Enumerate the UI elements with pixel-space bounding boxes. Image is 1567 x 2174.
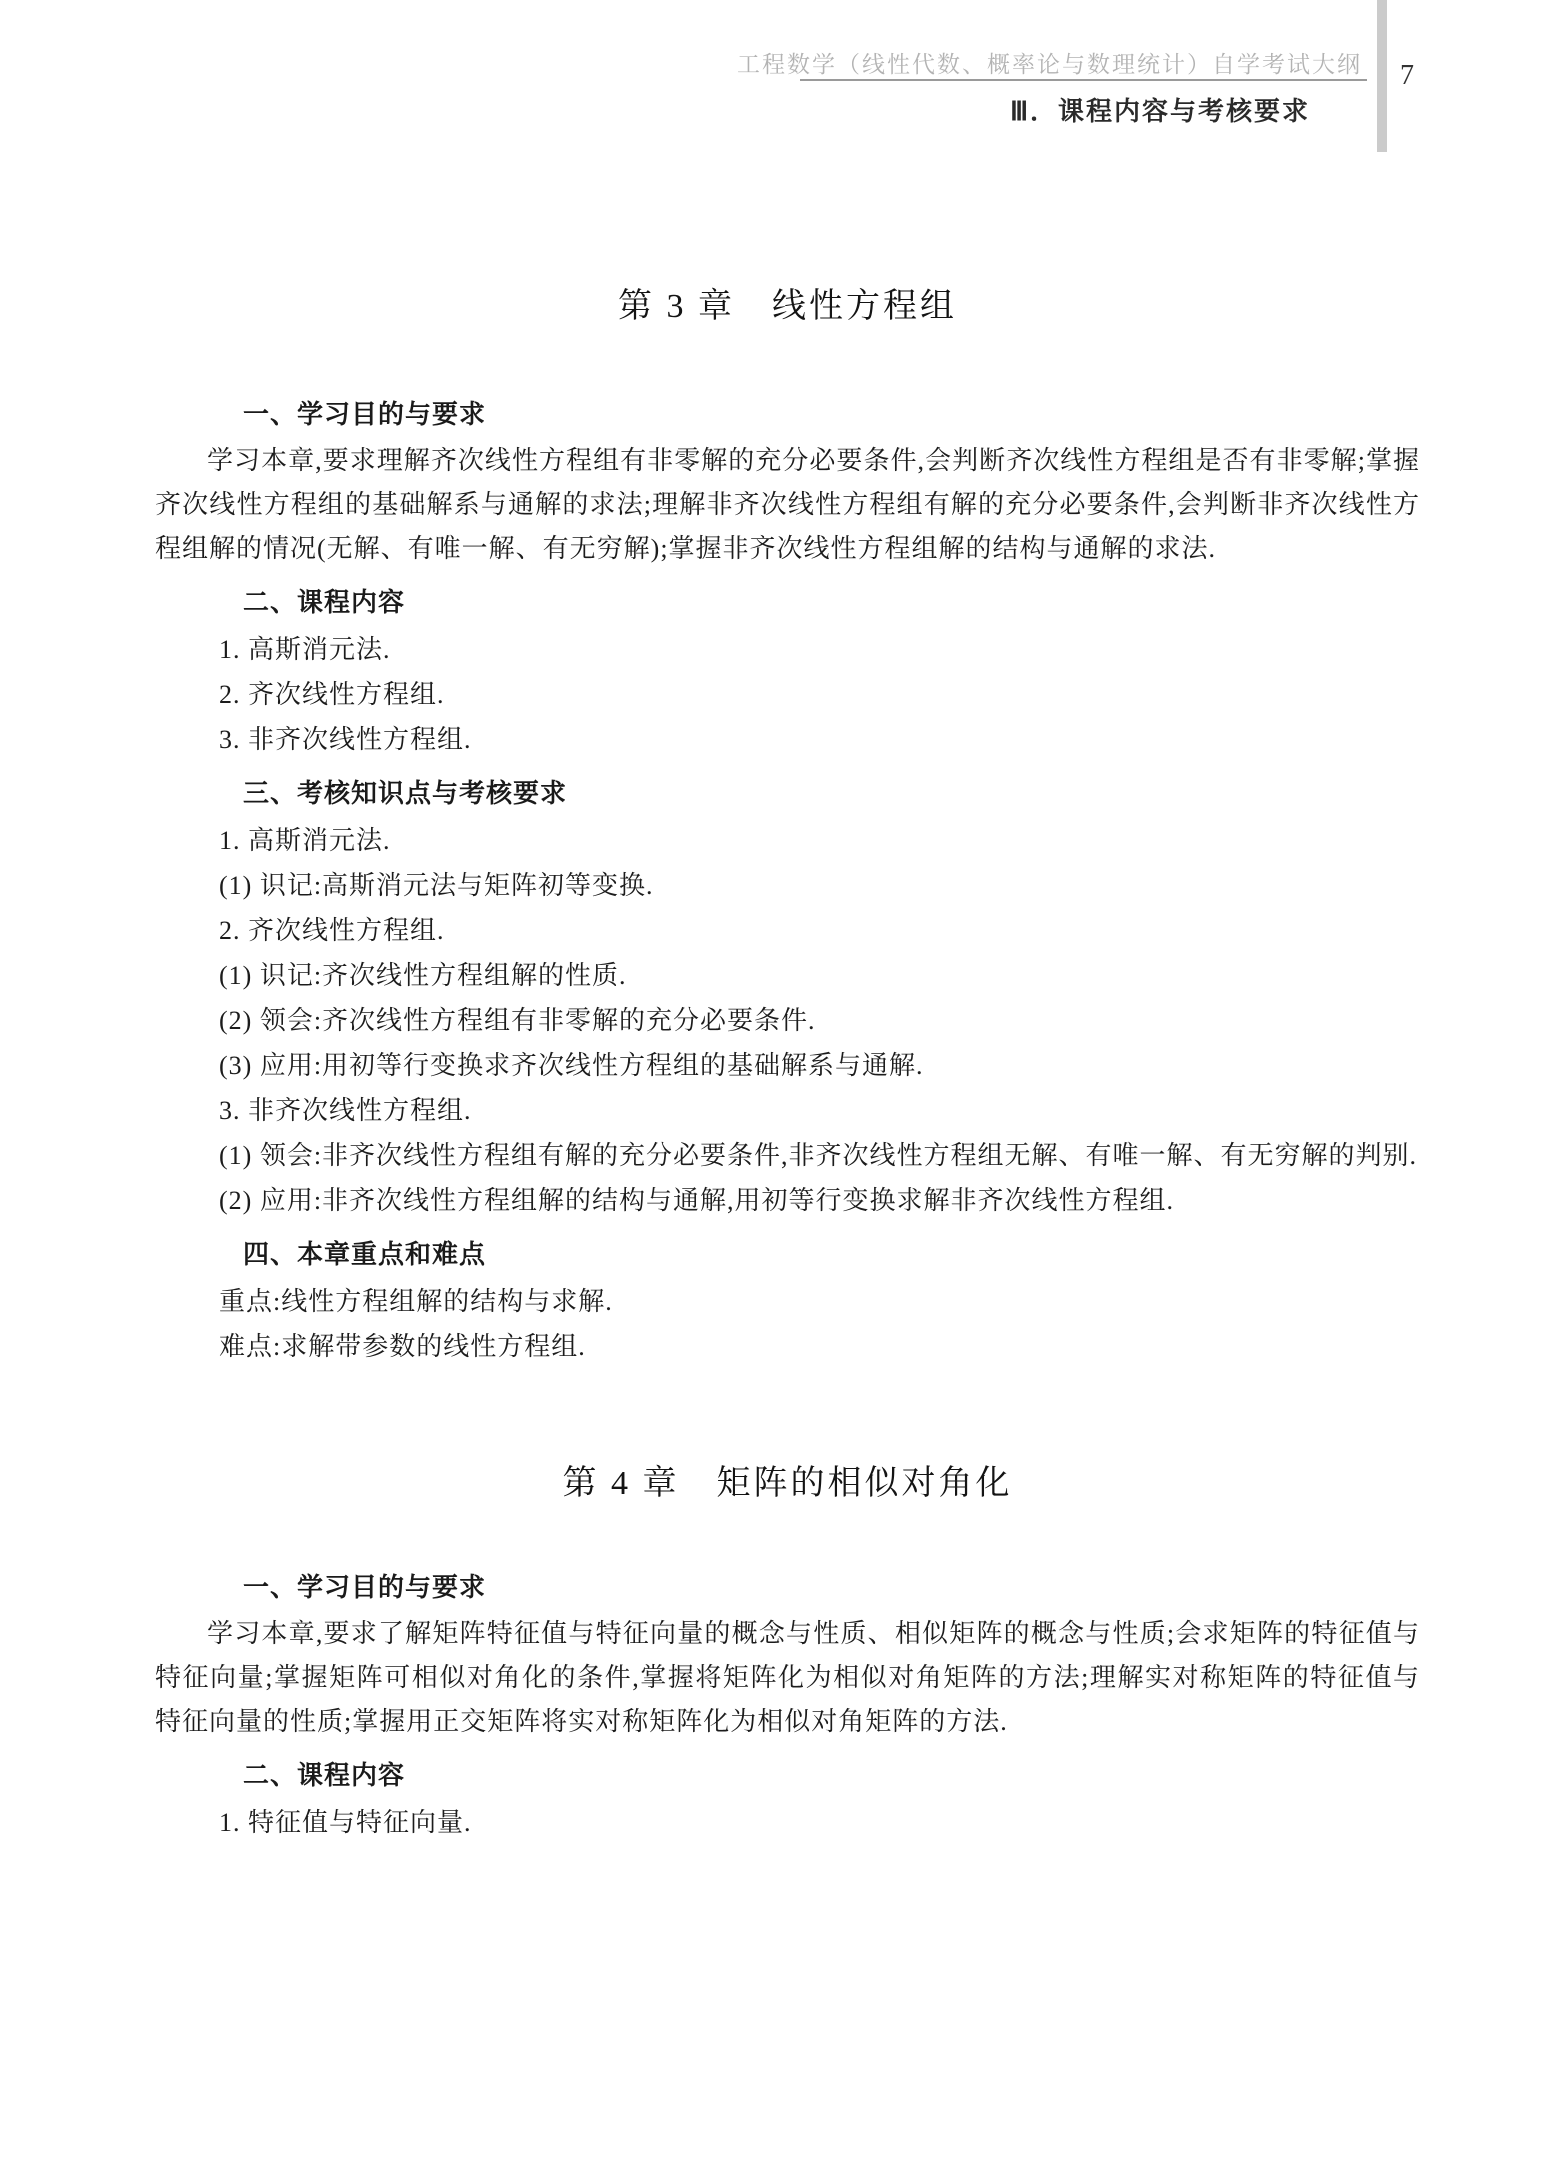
assessment-item: (2) 应用:非齐次线性方程组解的结构与通解,用初等行变换求解非齐次线性方程组.	[155, 1178, 1420, 1223]
chapter-4-objectives-paragraph: 学习本章,要求了解矩阵特征值与特征向量的概念与性质、相似矩阵的概念与性质;会求矩…	[155, 1612, 1420, 1744]
assessment-item: (1) 领会:非齐次线性方程组有解的充分必要条件,非齐次线性方程组无解、有唯一解…	[155, 1133, 1420, 1178]
header-rule	[800, 79, 1367, 81]
page-body: 第 3 章 线性方程组 一、学习目的与要求 学习本章,要求理解齐次线性方程组有非…	[155, 252, 1420, 1845]
content-item: 3. 非齐次线性方程组.	[155, 717, 1420, 762]
page-number: 7	[1400, 60, 1414, 92]
chapter-4-title: 第 4 章 矩阵的相似对角化	[155, 1455, 1420, 1504]
assessment-item: 1. 高斯消元法.	[155, 818, 1420, 863]
chapter-4-content-heading: 二、课程内容	[155, 1760, 1420, 1790]
chapter-3-objectives-heading: 一、学习目的与要求	[155, 399, 1420, 429]
chapter-3-title: 第 3 章 线性方程组	[155, 278, 1420, 327]
assessment-item: (3) 应用:用初等行变换求齐次线性方程组的基础解系与通解.	[155, 1043, 1420, 1088]
header-section-title: Ⅲ．课程内容与考核要求	[1010, 91, 1310, 128]
keypoint-item: 重点:线性方程组解的结构与求解.	[155, 1279, 1420, 1324]
keypoint-item: 难点:求解带参数的线性方程组.	[155, 1324, 1420, 1369]
chapter-3-objectives-paragraph: 学习本章,要求理解齐次线性方程组有非零解的充分必要条件,会判断齐次线性方程组是否…	[155, 439, 1420, 571]
assessment-item: 2. 齐次线性方程组.	[155, 908, 1420, 953]
book-title: 工程数学（线性代数、概率论与数理统计）自学考试大纲	[737, 46, 1362, 79]
content-item: 1. 高斯消元法.	[155, 627, 1420, 672]
assessment-item: (1) 识记:齐次线性方程组解的性质.	[155, 953, 1420, 998]
assessment-item: (2) 领会:齐次线性方程组有非零解的充分必要条件.	[155, 998, 1420, 1043]
page-header: 工程数学（线性代数、概率论与数理统计）自学考试大纲 Ⅲ．课程内容与考核要求 7	[0, 0, 1567, 160]
assessment-item: (1) 识记:高斯消元法与矩阵初等变换.	[155, 863, 1420, 908]
chapter-3-content-heading: 二、课程内容	[155, 587, 1420, 617]
content-item: 2. 齐次线性方程组.	[155, 672, 1420, 717]
chapter-3-keypoints-heading: 四、本章重点和难点	[155, 1239, 1420, 1269]
chapter-4-objectives-heading: 一、学习目的与要求	[155, 1572, 1420, 1602]
header-accent-bar	[1377, 0, 1387, 152]
assessment-item: 3. 非齐次线性方程组.	[155, 1088, 1420, 1133]
chapter-3-assessment-heading: 三、考核知识点与考核要求	[155, 778, 1420, 808]
content-item: 1. 特征值与特征向量.	[155, 1800, 1420, 1845]
